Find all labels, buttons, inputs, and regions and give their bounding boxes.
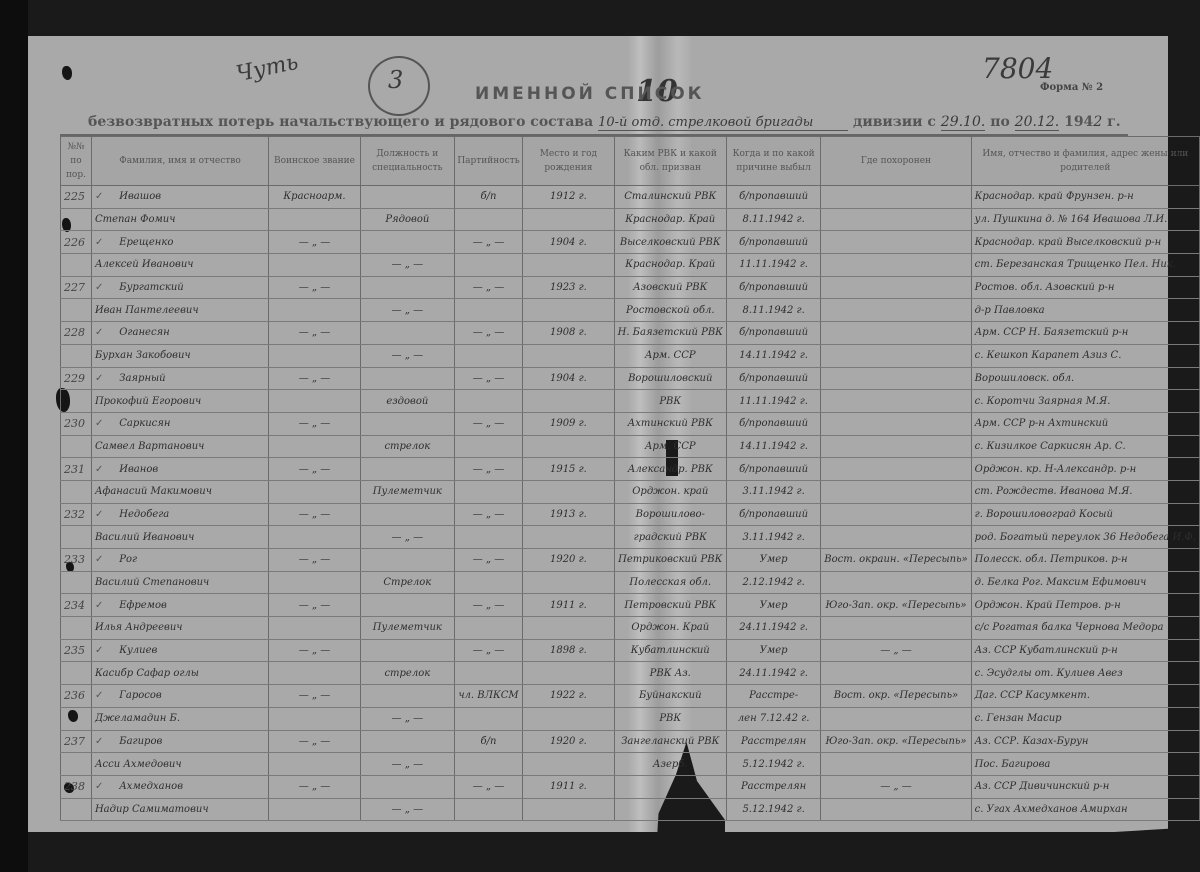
buried-empty: [821, 571, 971, 594]
rvk-line1: Петровский РВК: [614, 594, 726, 617]
buried: Вост. окр. «Пересыпь»: [821, 685, 971, 708]
birth-empty: [523, 617, 614, 640]
kin-line2: с. Угах Ахмедханов Амирхан: [971, 798, 1199, 821]
party-empty: [454, 208, 523, 231]
position-text: Пулеметчик: [360, 480, 454, 503]
buried: [821, 186, 971, 209]
birth-empty: [523, 254, 614, 277]
when-line2: 8.11.1942 г.: [726, 299, 820, 322]
rank-empty: [269, 299, 361, 322]
rvk-line2: Краснодар. Край: [614, 254, 726, 277]
position: [360, 685, 454, 708]
rvk-line2: Краснодар. Край: [614, 208, 726, 231]
check-mark-icon: ✓: [95, 554, 103, 565]
kin-line1: г. Ворошиловоград Косый: [971, 503, 1199, 526]
rank: — „ —: [269, 367, 361, 390]
table-row-continuation: Касибр Сафар оглыстрелокРВК Аз.24.11.194…: [61, 662, 1200, 685]
birth-empty: [523, 208, 614, 231]
check-mark-icon: ✓: [95, 509, 103, 520]
position: [360, 276, 454, 299]
party-empty: [454, 707, 523, 730]
kin-line2: с. Кешкоп Карапет Азиз С.: [971, 344, 1199, 367]
when-line2: 24.11.1942 г.: [726, 662, 820, 685]
buried: [821, 322, 971, 345]
row-number: 225: [61, 186, 92, 209]
row-number: 226: [61, 231, 92, 254]
birth-year: 1898 г.: [523, 639, 614, 662]
when-line2: лен 7.12.42 г.: [726, 707, 820, 730]
rvk-line1: Петриковский РВК: [614, 549, 726, 572]
position: [360, 367, 454, 390]
birth-year: 1920 г.: [523, 549, 614, 572]
document-title: ИМЕННОЙ СПИСОК: [475, 84, 705, 104]
check-mark-icon: ✓: [95, 600, 103, 611]
row-number: 228: [61, 322, 92, 345]
col-header-buried: Где похоронен: [821, 137, 971, 186]
kin-line2: д. Белка Рог. Максим Ефимович: [971, 571, 1199, 594]
rank: — „ —: [269, 412, 361, 435]
kin-line2: с. Коротчи Заярная М.Я.: [971, 390, 1199, 413]
table-row-continuation: Иван Пантелеевич— „ —Ростовской обл.8.11…: [61, 299, 1200, 322]
kin-line1: Аз. ССР. Казах-Бурун: [971, 730, 1199, 753]
given-names: Василий Иванович: [91, 526, 268, 549]
given-names: Асси Ахмедович: [91, 753, 268, 776]
surname: ✓ Иванов: [91, 458, 268, 481]
subtitle-prefix: безвозвратных потерь начальствующего и р…: [88, 114, 593, 130]
party-empty: [454, 526, 523, 549]
check-mark-icon: ✓: [95, 464, 103, 475]
buried: — „ —: [821, 639, 971, 662]
kin-line2: с. Эсудглы от. Кулиев Авез: [971, 662, 1199, 685]
surname: ✓ Саркисян: [91, 412, 268, 435]
position: [360, 594, 454, 617]
surname-text: Недобега: [119, 509, 169, 520]
kin-line1: Ростов. обл. Азовский р-н: [971, 276, 1199, 299]
buried-empty: [821, 435, 971, 458]
rvk-line2: РВК: [614, 707, 726, 730]
row-number-empty: [61, 254, 92, 277]
when-line1: б/пропавший: [726, 412, 820, 435]
given-names: Надир Самиматович: [91, 798, 268, 821]
kin-line2: Пос. Багирова: [971, 753, 1199, 776]
rank-empty: [269, 480, 361, 503]
when-line1: б/пропавший: [726, 231, 820, 254]
position: [360, 412, 454, 435]
rvk-line2: Полесская обл.: [614, 571, 726, 594]
kin-line2: род. Богатый переулок 36 Недобега И.Ф.: [971, 526, 1199, 549]
party: — „ —: [454, 367, 523, 390]
rank: — „ —: [269, 322, 361, 345]
rank-empty: [269, 344, 361, 367]
surname-text: Ефремов: [119, 600, 167, 611]
given-names: Афанасий Макимович: [91, 480, 268, 503]
table-row: 229✓ Заярный— „ —— „ —1904 г.Ворошиловск…: [61, 367, 1200, 390]
surname-text: Кулиев: [119, 645, 157, 656]
surname-text: Гаросов: [119, 690, 161, 701]
rank-empty: [269, 435, 361, 458]
rank-empty: [269, 254, 361, 277]
birth-year: 1913 г.: [523, 503, 614, 526]
party: — „ —: [454, 458, 523, 481]
table-row: 234✓ Ефремов— „ —— „ —1911 г.Петровский …: [61, 594, 1200, 617]
party-empty: [454, 254, 523, 277]
row-number: 234: [61, 594, 92, 617]
kin-line1: Краснодар. край Выселковский р-н: [971, 231, 1199, 254]
position-text: Рядовой: [360, 208, 454, 231]
check-mark-icon: ✓: [95, 736, 103, 747]
row-number-empty: [61, 707, 92, 730]
birth-empty: [523, 390, 614, 413]
rank: — „ —: [269, 594, 361, 617]
buried: — „ —: [821, 775, 971, 798]
party: — „ —: [454, 322, 523, 345]
birth-year: 1904 г.: [523, 367, 614, 390]
surname: ✓ Ахмедханов: [91, 775, 268, 798]
party: — „ —: [454, 775, 523, 798]
row-number: 237: [61, 730, 92, 753]
position-text: — „ —: [360, 344, 454, 367]
row-number-empty: [61, 344, 92, 367]
table-row: 233✓ Рог— „ —— „ —1920 г.Петриковский РВ…: [61, 549, 1200, 572]
when-line2: 8.11.1942 г.: [726, 208, 820, 231]
position: [360, 549, 454, 572]
rvk-line1: Ворошилово-: [614, 503, 726, 526]
position: [360, 503, 454, 526]
table-body: 225✓ ИвашовКрасноарм.б/п1912 г.Сталински…: [61, 186, 1200, 821]
party-empty: [454, 753, 523, 776]
rank-empty: [269, 753, 361, 776]
surname-text: Саркисян: [119, 418, 170, 429]
given-names: Илья Андреевич: [91, 617, 268, 640]
date-to-label: по: [990, 114, 1010, 130]
surname: ✓ Гаросов: [91, 685, 268, 708]
surname-text: Ивашов: [119, 191, 161, 202]
table-row-continuation: Василий СтепановичСтрелокПолесская обл.2…: [61, 571, 1200, 594]
party-empty: [454, 662, 523, 685]
party: — „ —: [454, 503, 523, 526]
row-number-empty: [61, 662, 92, 685]
row-number-empty: [61, 208, 92, 231]
col-header-when: Когда и по какой причине выбыл: [726, 137, 820, 186]
table-row-continuation: Самвел ВартановичстрелокАрм. ССР14.11.19…: [61, 435, 1200, 458]
rank-empty: [269, 208, 361, 231]
when-line1: б/пропавший: [726, 503, 820, 526]
kin-line2: ст. Березанская Трищенко Пел. Ник.: [971, 254, 1199, 277]
buried-empty: [821, 390, 971, 413]
form-number: Форма № 2: [1040, 82, 1103, 93]
birth-year: 1920 г.: [523, 730, 614, 753]
rvk-line2: градский РВК: [614, 526, 726, 549]
surname: ✓ Рог: [91, 549, 268, 572]
row-number-empty: [61, 299, 92, 322]
rvk-line1: Ахтинский РВК: [614, 412, 726, 435]
table-row: 227✓ Бургатский— „ —— „ —1923 г.Азовский…: [61, 276, 1200, 299]
party: чл. ВЛКСМ: [454, 685, 523, 708]
given-names: Джеламадин Б.: [91, 707, 268, 730]
buried-empty: [821, 526, 971, 549]
birth-empty: [523, 435, 614, 458]
col-header-rvk: Каким РВК и какой обл. призван: [614, 137, 726, 186]
buried: Юго-Зап. окр. «Пересыпь»: [821, 594, 971, 617]
rank: — „ —: [269, 503, 361, 526]
casualty-table: №№ по пор. Фамилия, имя и отчество Воинс…: [60, 136, 1200, 821]
buried: [821, 412, 971, 435]
row-number: 235: [61, 639, 92, 662]
birth-year: 1909 г.: [523, 412, 614, 435]
rvk-line2: РВК: [614, 390, 726, 413]
position-text: — „ —: [360, 798, 454, 821]
rvk-line2: Азерб.: [614, 753, 726, 776]
position-text: Стрелок: [360, 571, 454, 594]
kin-line1: Аз. ССР Дивичинский р-н: [971, 775, 1199, 798]
when-line1: б/пропавший: [726, 186, 820, 209]
table-row-continuation: Надир Самиматович— „ —5.12.1942 г.с. Уга…: [61, 798, 1200, 821]
position-text: Пулеметчик: [360, 617, 454, 640]
document-subtitle: безвозвратных потерь начальствующего и р…: [88, 114, 1121, 131]
col-header-number: №№ по пор.: [61, 137, 92, 186]
when-line2: 3.11.1942 г.: [726, 480, 820, 503]
check-mark-icon: ✓: [95, 237, 103, 248]
rvk-line2: РВК Аз.: [614, 662, 726, 685]
given-names: Бурхан Закобович: [91, 344, 268, 367]
position: [360, 458, 454, 481]
surname: ✓ Оганесян: [91, 322, 268, 345]
rvk-line1: Азовский РВК: [614, 276, 726, 299]
birth-empty: [523, 571, 614, 594]
kin-line1: Даг. ССР Касумкент.: [971, 685, 1199, 708]
col-header-party: Партийность: [454, 137, 523, 186]
given-names: Самвел Вартанович: [91, 435, 268, 458]
kin-line2: ул. Пушкина д. № 164 Ивашова Л.И.: [971, 208, 1199, 231]
col-header-birth: Место и год рождения: [523, 137, 614, 186]
table-row-continuation: Алексей Иванович— „ —Краснодар. Край11.1…: [61, 254, 1200, 277]
position-text: — „ —: [360, 707, 454, 730]
birth-empty: [523, 299, 614, 322]
rank: — „ —: [269, 639, 361, 662]
kin-line1: Арм. ССР р-н Ахтинский: [971, 412, 1199, 435]
table-row: 236✓ Гаросов— „ —чл. ВЛКСМ1922 г.Буйнакс…: [61, 685, 1200, 708]
when-line2: 11.11.1942 г.: [726, 254, 820, 277]
position-text: стрелок: [360, 435, 454, 458]
rank-empty: [269, 617, 361, 640]
unit-name: 10-й отд. стрелковой бригады: [598, 115, 848, 131]
party-empty: [454, 299, 523, 322]
col-header-position: Должность и специальность: [360, 137, 454, 186]
row-number: 229: [61, 367, 92, 390]
rvk-line2: Арм. ССР: [614, 344, 726, 367]
surname: ✓ Багиров: [91, 730, 268, 753]
position: [360, 322, 454, 345]
row-number-empty: [61, 480, 92, 503]
buried: Юго-Зап. окр. «Пересыпь»: [821, 730, 971, 753]
birth-empty: [523, 480, 614, 503]
party: б/п: [454, 186, 523, 209]
rank-empty: [269, 662, 361, 685]
check-mark-icon: ✓: [95, 191, 103, 202]
buried-empty: [821, 480, 971, 503]
given-names: Касибр Сафар оглы: [91, 662, 268, 685]
surname-text: Рог: [119, 554, 137, 565]
party: — „ —: [454, 549, 523, 572]
punch-hole: [62, 66, 72, 80]
table-row: 238✓ Ахмедханов— „ —— „ —1911 г.Расстрел…: [61, 775, 1200, 798]
position-text: стрелок: [360, 662, 454, 685]
birth-empty: [523, 798, 614, 821]
rvk-line1: Александр. РВК: [614, 458, 726, 481]
table-row: 237✓ Багиров— „ —б/п1920 г.Зангеланский …: [61, 730, 1200, 753]
rank: — „ —: [269, 730, 361, 753]
surname: ✓ Ефремов: [91, 594, 268, 617]
col-header-kin: Имя, отчество и фамилия, адрес жены или …: [971, 137, 1199, 186]
date-to: 20.12.: [1015, 114, 1060, 131]
birth-year: 1922 г.: [523, 685, 614, 708]
given-names: Василий Степанович: [91, 571, 268, 594]
given-names: Прокофий Егорович: [91, 390, 268, 413]
rvk-line1: Сталинский РВК: [614, 186, 726, 209]
party-empty: [454, 480, 523, 503]
table-row: 226✓ Ерещенко— „ —— „ —1904 г.Выселковск…: [61, 231, 1200, 254]
buried-empty: [821, 662, 971, 685]
rank: Красноарм.: [269, 186, 361, 209]
position: [360, 639, 454, 662]
party-empty: [454, 617, 523, 640]
party: — „ —: [454, 594, 523, 617]
rank: — „ —: [269, 458, 361, 481]
buried-empty: [821, 707, 971, 730]
when-line1: Умер: [726, 549, 820, 572]
rank-empty: [269, 707, 361, 730]
row-number: 232: [61, 503, 92, 526]
rvk-line1: [614, 775, 726, 798]
rank-empty: [269, 798, 361, 821]
surname-text: Ерещенко: [119, 237, 173, 248]
surname: ✓ Недобега: [91, 503, 268, 526]
handwritten-archive-number: 7804: [982, 52, 1053, 85]
party-empty: [454, 571, 523, 594]
rvk-line1: Выселковский РВК: [614, 231, 726, 254]
birth-empty: [523, 526, 614, 549]
when-line1: б/пропавший: [726, 276, 820, 299]
check-mark-icon: ✓: [95, 327, 103, 338]
rvk-line1: Буйнакский: [614, 685, 726, 708]
check-mark-icon: ✓: [95, 373, 103, 384]
check-mark-icon: ✓: [95, 282, 103, 293]
row-number-empty: [61, 526, 92, 549]
surname: ✓ Бургатский: [91, 276, 268, 299]
rank: — „ —: [269, 685, 361, 708]
table-row: 231✓ Иванов— „ —— „ —1915 г.Александр. Р…: [61, 458, 1200, 481]
kin-line2: с. Кизилкое Саркисян Ар. С.: [971, 435, 1199, 458]
kin-line1: Арм. ССР Н. Баязетский р-н: [971, 322, 1199, 345]
row-number-empty: [61, 390, 92, 413]
kin-line1: Аз. ССР Кубатлинский р-н: [971, 639, 1199, 662]
position: [360, 730, 454, 753]
year-end: г.: [1107, 114, 1120, 130]
row-number: 236: [61, 685, 92, 708]
buried: [821, 276, 971, 299]
table-row: 225✓ ИвашовКрасноарм.б/п1912 г.Сталински…: [61, 186, 1200, 209]
position: [360, 231, 454, 254]
when-line1: Расстрелян: [726, 775, 820, 798]
when-line1: Расстре-: [726, 685, 820, 708]
date-from: 29.10.: [941, 114, 986, 131]
when-line1: Умер: [726, 594, 820, 617]
position: [360, 186, 454, 209]
kin-line2: с. Гензан Масир: [971, 707, 1199, 730]
rank: — „ —: [269, 231, 361, 254]
kin-line2: д-р Павловка: [971, 299, 1199, 322]
rank-empty: [269, 526, 361, 549]
when-line2: 14.11.1942 г.: [726, 344, 820, 367]
surname-text: Заярный: [119, 373, 165, 384]
row-number-empty: [61, 435, 92, 458]
position: [360, 775, 454, 798]
when-line2: 5.12.1942 г.: [726, 798, 820, 821]
check-mark-icon: ✓: [95, 690, 103, 701]
row-number: 230: [61, 412, 92, 435]
party: — „ —: [454, 276, 523, 299]
row-number-empty: [61, 571, 92, 594]
rvk-line2: Арм. ССР: [614, 435, 726, 458]
year-prefix: 194: [1064, 114, 1093, 130]
birth-empty: [523, 344, 614, 367]
kin-line1: Полесск. обл. Петриков. р-н: [971, 549, 1199, 572]
when-line2: 11.11.1942 г.: [726, 390, 820, 413]
when-line2: 5.12.1942 г.: [726, 753, 820, 776]
buried-empty: [821, 798, 971, 821]
position-text: — „ —: [360, 526, 454, 549]
buried-empty: [821, 617, 971, 640]
rank-empty: [269, 390, 361, 413]
when-line1: Умер: [726, 639, 820, 662]
row-number: 227: [61, 276, 92, 299]
buried-empty: [821, 753, 971, 776]
row-number: 231: [61, 458, 92, 481]
when-line2: 14.11.1942 г.: [726, 435, 820, 458]
rvk-line2: Ростовской обл.: [614, 299, 726, 322]
rank-empty: [269, 571, 361, 594]
buried-empty: [821, 344, 971, 367]
birth-empty: [523, 753, 614, 776]
check-mark-icon: ✓: [95, 418, 103, 429]
kin-line2: с/с Рогатая балка Чернова Медора: [971, 617, 1199, 640]
division-label: дивизии с: [853, 114, 936, 130]
kin-line2: ст. Рождеств. Иванова М.Я.: [971, 480, 1199, 503]
buried: Вост. окраин. «Пересыпь»: [821, 549, 971, 572]
buried-empty: [821, 299, 971, 322]
rank: — „ —: [269, 276, 361, 299]
given-names: Алексей Иванович: [91, 254, 268, 277]
when-line1: б/пропавший: [726, 458, 820, 481]
table-row-continuation: Василий Иванович— „ —градский РВК3.11.19…: [61, 526, 1200, 549]
buried: [821, 367, 971, 390]
when-line2: 3.11.1942 г.: [726, 526, 820, 549]
birth-year: 1923 г.: [523, 276, 614, 299]
kin-line1: Краснодар. край Фрунзен. р-н: [971, 186, 1199, 209]
table-row-continuation: Афанасий МакимовичПулеметчикОрджон. край…: [61, 480, 1200, 503]
birth-year: 1912 г.: [523, 186, 614, 209]
table-row: 228✓ Оганесян— „ —— „ —1908 г.Н. Баязетс…: [61, 322, 1200, 345]
rvk-line2: Орджон. край: [614, 480, 726, 503]
table-row-continuation: Степан ФомичРядовойКраснодар. Край8.11.1…: [61, 208, 1200, 231]
surname-text: Багиров: [119, 736, 162, 747]
scan-left-border: [0, 0, 28, 872]
party-empty: [454, 798, 523, 821]
kin-line1: Орджон. Край Петров. р-н: [971, 594, 1199, 617]
surname-text: Оганесян: [119, 327, 170, 338]
buried: [821, 231, 971, 254]
birth-year: 1911 г.: [523, 775, 614, 798]
